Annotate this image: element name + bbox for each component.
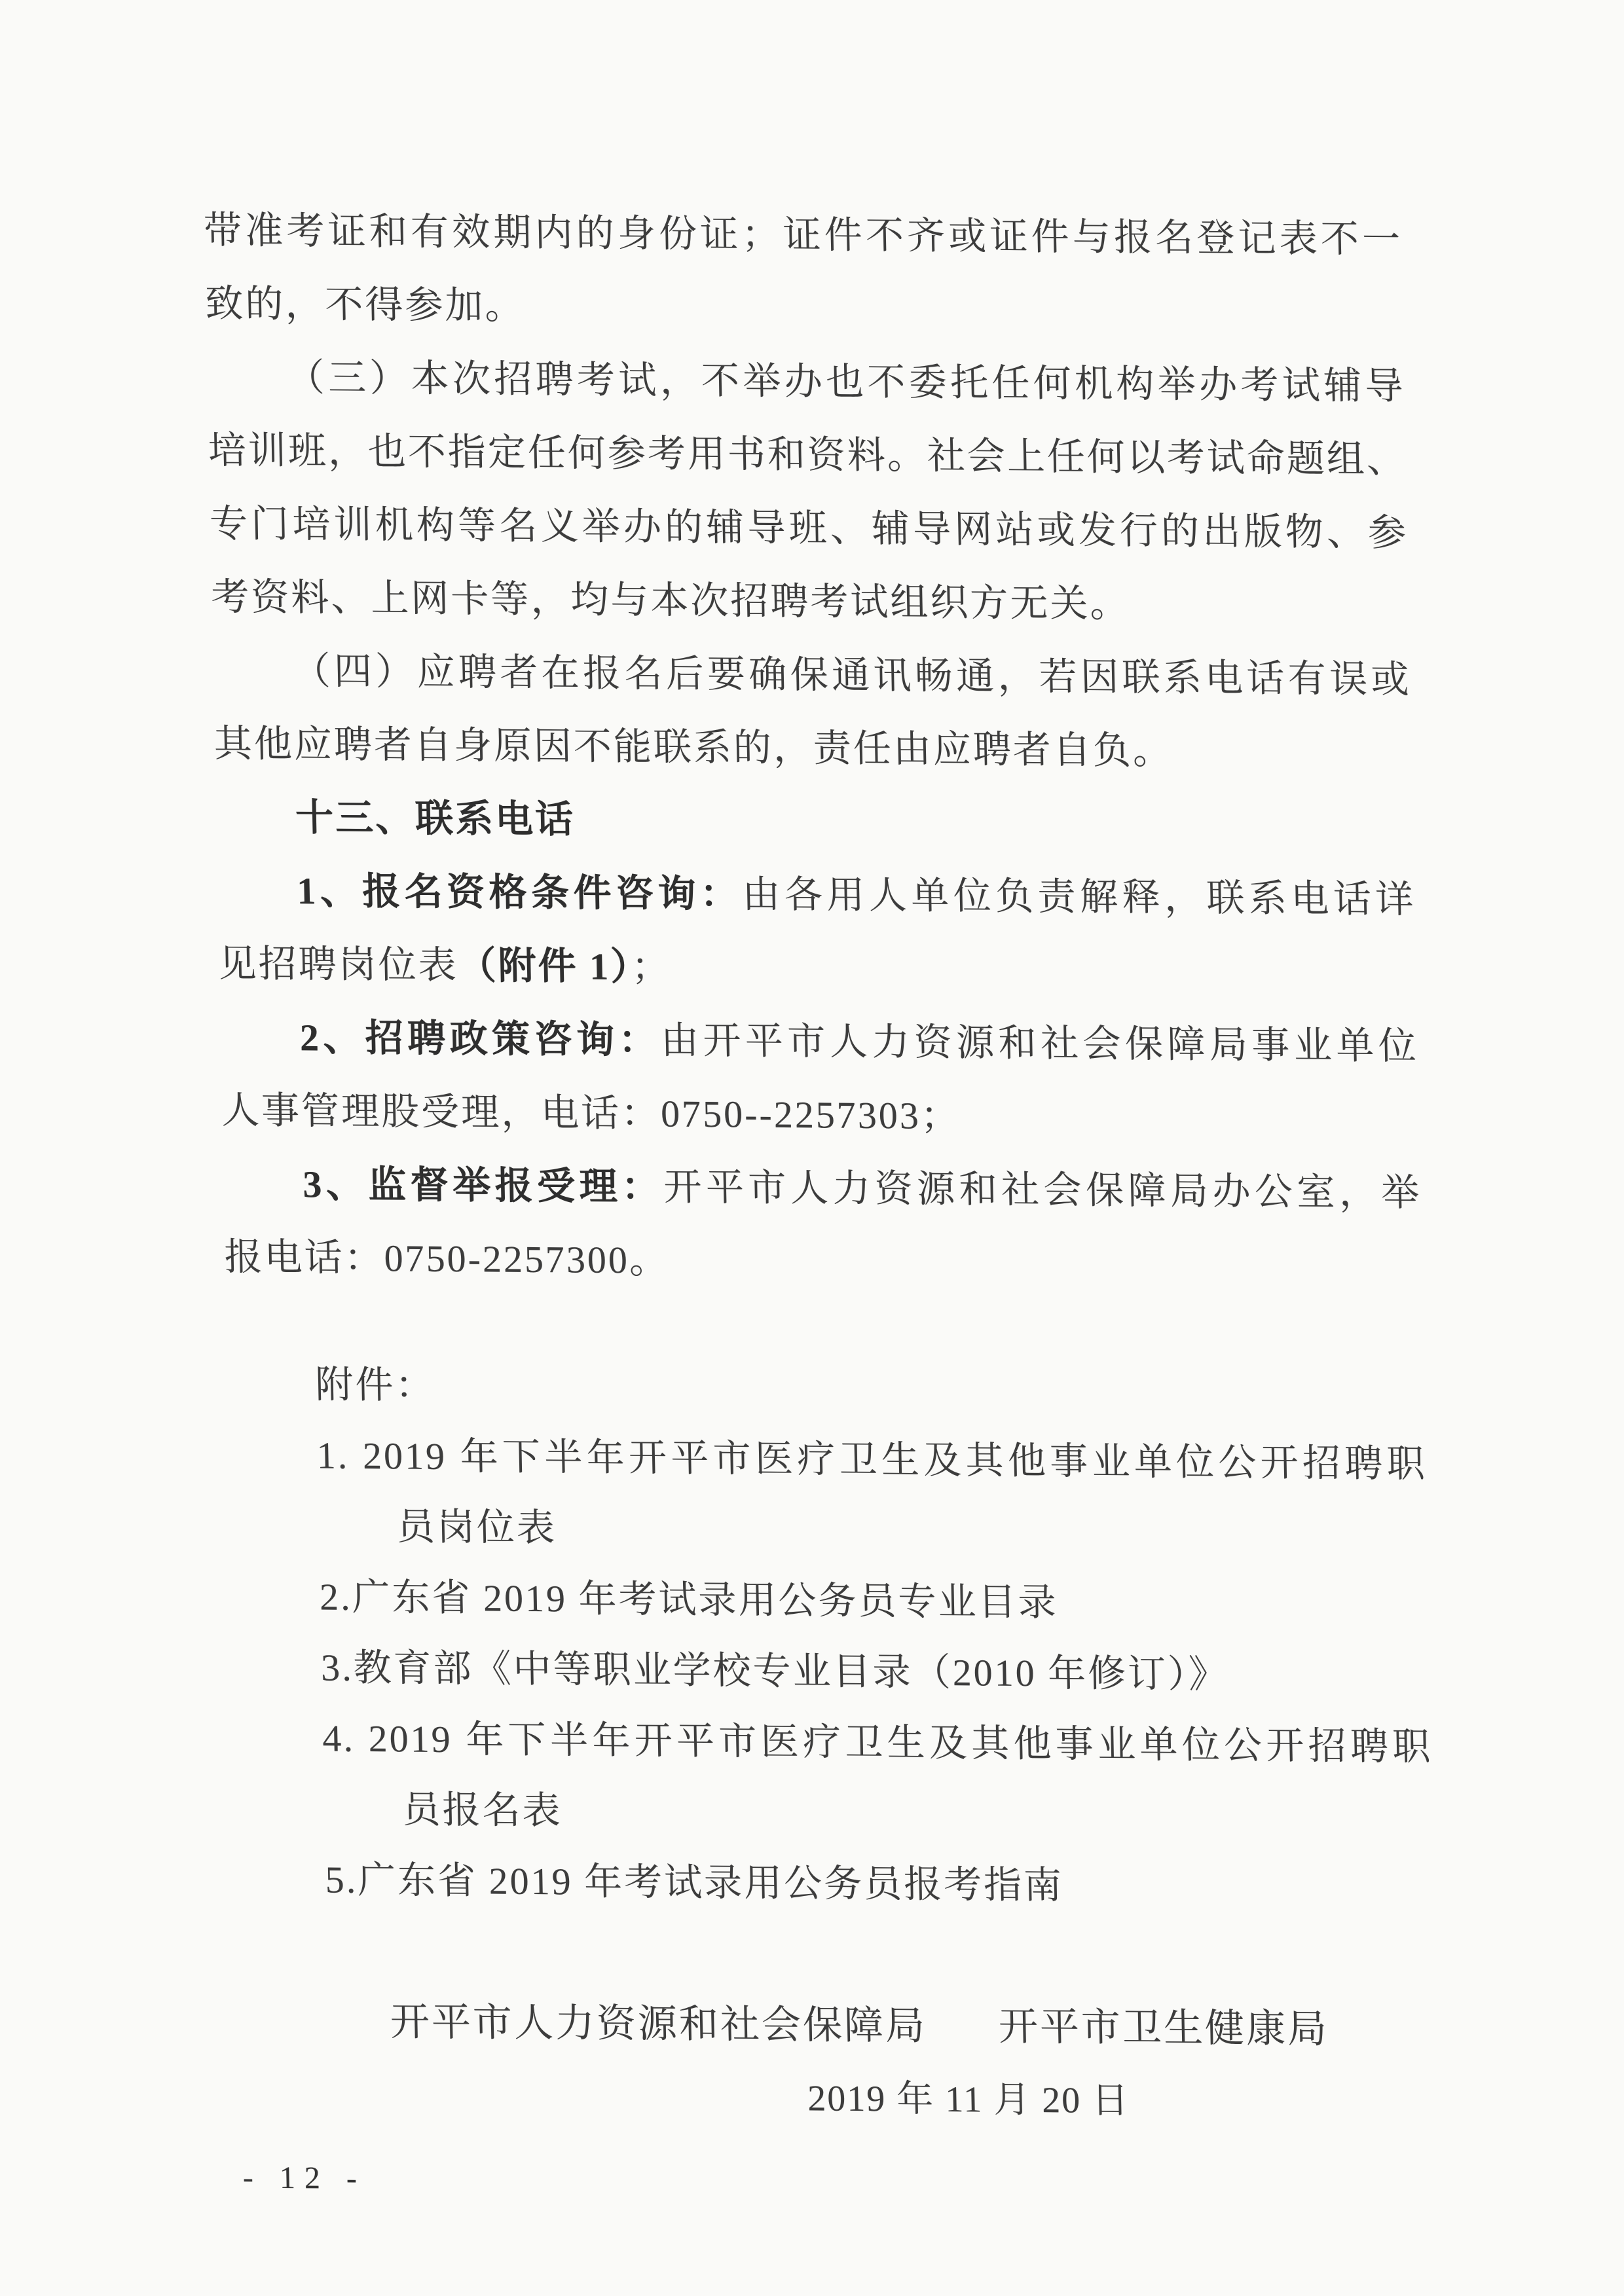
body-line-8: 其他应聘者自身原因不能联系的，责任由应聘者自负。 [213, 707, 1413, 790]
contact-item-3-text: 开平市人力资源和社会保障局办公室，举 [663, 1166, 1422, 1214]
attachments-heading: 附件： [314, 1349, 1426, 1429]
attachments-block: 附件： 1. 2019 年下半年开平市医疗卫生及其他事业单位公开招聘职 员岗位表… [314, 1349, 1435, 1923]
attachment-item-1-line-2: 员岗位表 [318, 1491, 1429, 1570]
body-line-2: 致的，不得参加。 [204, 267, 1404, 350]
section-heading: 十三、联系电话 [215, 780, 1414, 863]
contact-item-3-continuation: 报电话：0750-2257300。 [223, 1220, 1423, 1303]
contact-item-2-continuation: 人事管理股受理，电话：0750--2257303； [221, 1074, 1420, 1156]
body-line-1: 带准考证和有效期内的身份证；证件不齐或证件与报名登记表不一 [203, 194, 1403, 276]
contact-item-3: 3、监督举报受理：开平市人力资源和社会保障局办公室，举 [222, 1147, 1422, 1230]
contact-item-1: 1、报名资格条件咨询：由各用人单位负责解释，联系电话详 [216, 854, 1416, 936]
scanned-document-page: 带准考证和有效期内的身份证；证件不齐或证件与报名登记表不一 致的，不得参加。 （… [0, 0, 1624, 2296]
attachment-item-5: 5.广东省 2019 年考试录用公务员报考指南 [325, 1845, 1436, 1924]
issuer-gap [927, 2039, 999, 2040]
issuer-right: 开平市卫生健康局 [998, 2005, 1329, 2051]
page-number: - 12 - [242, 2131, 1442, 2224]
issuer-signature-line: 开平市人力资源和社会保障局开平市卫生健康局 [239, 1984, 1439, 2067]
document-body: 带准考证和有效期内的身份证；证件不齐或证件与报名登记表不一 致的，不得参加。 （… [203, 194, 1442, 2224]
contact-item-2: 2、招聘政策咨询：由开平市人力资源和社会保障局事业单位 [219, 1000, 1419, 1083]
attachment-item-2: 2.广东省 2019 年考试录用公务员专业目录 [319, 1561, 1430, 1641]
attachment-item-4-line-1: 4. 2019 年下半年开平市医疗卫生及其他事业单位公开招聘职 [322, 1703, 1433, 1782]
issue-date: 2019 年 11 月 20 日 [240, 2058, 1440, 2140]
issuer-left: 开平市人力资源和社会保障局 [390, 2000, 927, 2047]
body-line-6: 考资料、上网卡等，均与本次招聘考试组织方无关。 [210, 560, 1410, 643]
contact-item-1-cont-bold: （附件 1） [458, 944, 632, 988]
contact-item-1-text: 由各用人单位负责解释，联系电话详 [742, 873, 1416, 920]
contact-item-1-cont-tail: ； [631, 945, 671, 988]
body-line-3: （三）本次招聘考试，不举办也不委托任何机构举办考试辅导 [206, 340, 1405, 423]
contact-item-3-label: 3、监督举报受理： [303, 1163, 664, 1208]
body-line-7: （四）应聘者在报名后要确保通讯畅通，若因联系电话有误或 [212, 634, 1411, 716]
attachment-item-3: 3.教育部《中等职业学校专业目录（2010 年修订）》 [320, 1632, 1431, 1711]
contact-item-1-continuation: 见招聘岗位表（附件 1）； [217, 927, 1417, 1010]
contact-item-2-text: 由开平市人力资源和社会保障局事业单位 [660, 1019, 1418, 1068]
contact-item-1-cont-pre: 见招聘岗位表 [218, 942, 458, 987]
attachment-item-1-line-1: 1. 2019 年下半年开平市医疗卫生及其他事业单位公开招聘职 [316, 1420, 1428, 1499]
body-line-4: 培训班，也不指定任何参考用书和资料。社会上任何以考试命题组、 [208, 414, 1407, 496]
contact-item-1-label: 1、报名资格条件咨询： [297, 869, 743, 915]
attachment-item-4-line-2: 员报名表 [323, 1774, 1434, 1853]
body-line-5: 专门培训机构等名义举办的辅导班、辅导网站或发行的出版物、参 [209, 487, 1409, 570]
contact-item-2-label: 2、招聘政策咨询： [299, 1016, 661, 1061]
section-heading-text: 十三、联系电话 [295, 796, 575, 841]
